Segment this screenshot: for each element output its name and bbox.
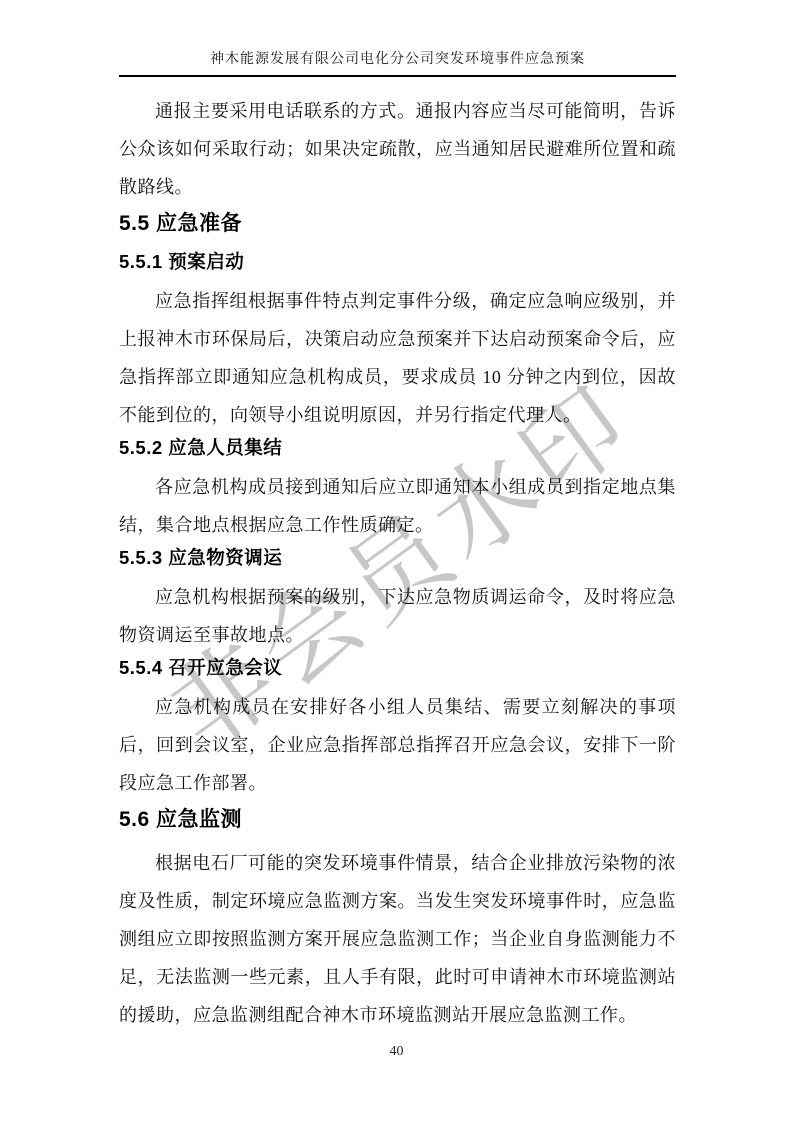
paragraph-supplies-dispatch: 应急机构根据预案的级别，下达应急物质调运命令，及时将应急物资调运至事故地点。 (119, 578, 676, 654)
heading-5-5-4-emergency-meeting: 5.5.4 召开应急会议 (119, 654, 676, 682)
page-number: 40 (0, 1044, 793, 1060)
heading-5-5-1-plan-activation: 5.5.1 预案启动 (119, 248, 676, 276)
heading-5-5-emergency-preparation: 5.5 应急准备 (119, 208, 676, 240)
document-body: 通报主要采用电话联系的方式。通报内容应当尽可能简明，告诉公众该如何采取行动；如果… (119, 92, 676, 1034)
paragraph-plan-activation: 应急指挥组根据事件特点判定事件分级，确定应急响应级别，并上报神木市环保局后，决策… (119, 282, 676, 434)
paragraph-emergency-meeting: 应急机构成员在安排好各小组人员集结、需要立刻解决的事项后，回到会议室，企业应急指… (119, 688, 676, 802)
heading-5-6-emergency-monitoring: 5.6 应急监测 (119, 804, 676, 836)
paragraph-notification-method: 通报主要采用电话联系的方式。通报内容应当尽可能简明，告诉公众该如何采取行动；如果… (119, 92, 676, 206)
document-page: 非会员水印 神木能源发展有限公司电化分公司突发环境事件应急预案 通报主要采用电话… (0, 0, 793, 1122)
paragraph-personnel-assembly: 各应急机构成员接到通知后应立即通知本小组成员到指定地点集结，集合地点根据应急工作… (119, 468, 676, 544)
page-header-title: 神木能源发展有限公司电化分公司突发环境事件应急预案 (119, 48, 676, 77)
heading-5-5-3-supplies-dispatch: 5.5.3 应急物资调运 (119, 544, 676, 572)
paragraph-emergency-monitoring: 根据电石厂可能的突发环境事件情景，结合企业排放污染物的浓度及性质，制定环境应急监… (119, 844, 676, 1034)
heading-5-5-2-personnel-assembly: 5.5.2 应急人员集结 (119, 434, 676, 462)
